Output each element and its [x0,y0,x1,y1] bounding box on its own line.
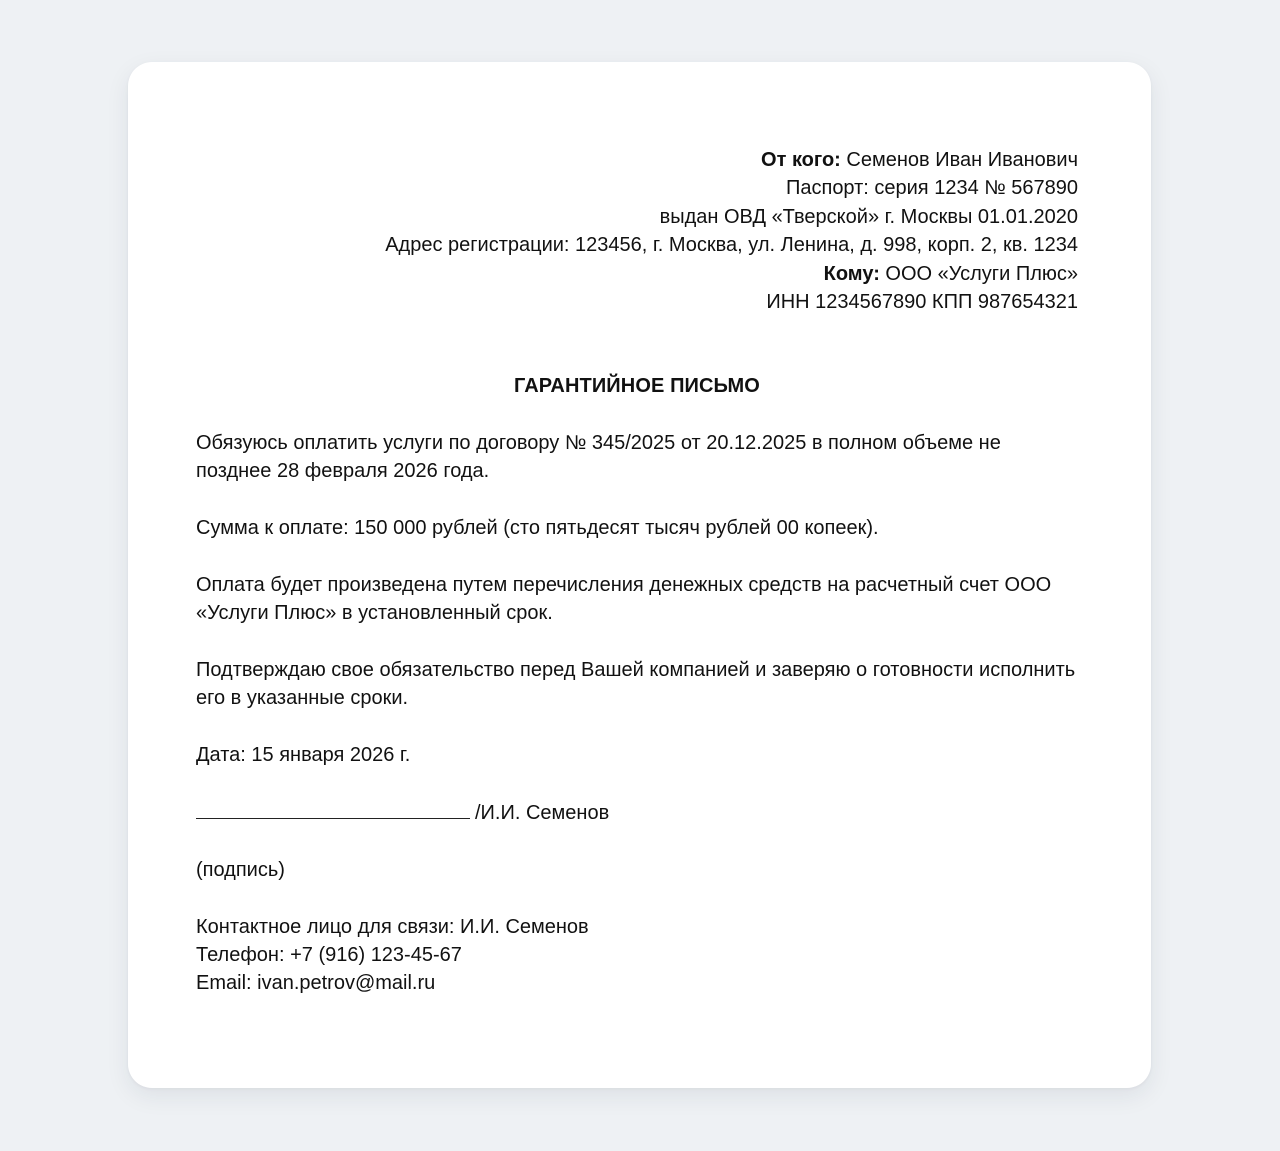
sender-name: Семенов Иван Иванович [841,149,1078,171]
signature-caption: (подпись) [196,856,1078,884]
contact-block: Контактное лицо для связи: И.И. Семенов … [196,913,1078,998]
signatory-name: /И.И. Семенов [475,802,609,824]
inn-kpp-line: ИНН 1234567890 КПП 987654321 [196,288,1078,316]
paragraph-confirmation: Подтверждаю свое обязательство перед Ваш… [196,656,1078,713]
recipient-line: Кому: ООО «Услуги Плюс» [196,260,1078,288]
from-label: От кого: [761,149,841,171]
contact-email: Email: ivan.petrov@mail.ru [196,969,1078,997]
sender-line: От кого: Семенов Иван Иванович [196,146,1078,174]
paragraph-payment-method: Оплата будет произведена путем перечисле… [196,571,1078,628]
letter-title: ГАРАНТИЙНОЕ ПИСЬМО [196,372,1078,400]
paragraph-obligation: Обязуюсь оплатить услуги по договору № 3… [196,429,1078,486]
signature-line [196,798,470,819]
passport-issued-line: выдан ОВД «Тверской» г. Москвы 01.01.202… [196,203,1078,231]
address-line: Адрес регистрации: 123456, г. Москва, ул… [196,231,1078,259]
document-card: От кого: Семенов Иван Иванович Паспорт: … [128,62,1151,1088]
letter-date: Дата: 15 января 2026 г. [196,741,1078,769]
signature-row: /И.И. Семенов [196,798,1078,827]
guarantee-letter: От кого: Семенов Иван Иванович Паспорт: … [196,146,1078,998]
passport-line: Паспорт: серия 1234 № 567890 [196,174,1078,202]
to-label: Кому: [824,263,880,285]
letter-header: От кого: Семенов Иван Иванович Паспорт: … [196,146,1078,316]
contact-phone: Телефон: +7 (916) 123-45-67 [196,941,1078,969]
recipient-name: ООО «Услуги Плюс» [880,263,1078,285]
contact-person: Контактное лицо для связи: И.И. Семенов [196,913,1078,941]
paragraph-amount: Сумма к оплате: 150 000 рублей (сто пять… [196,514,1078,542]
